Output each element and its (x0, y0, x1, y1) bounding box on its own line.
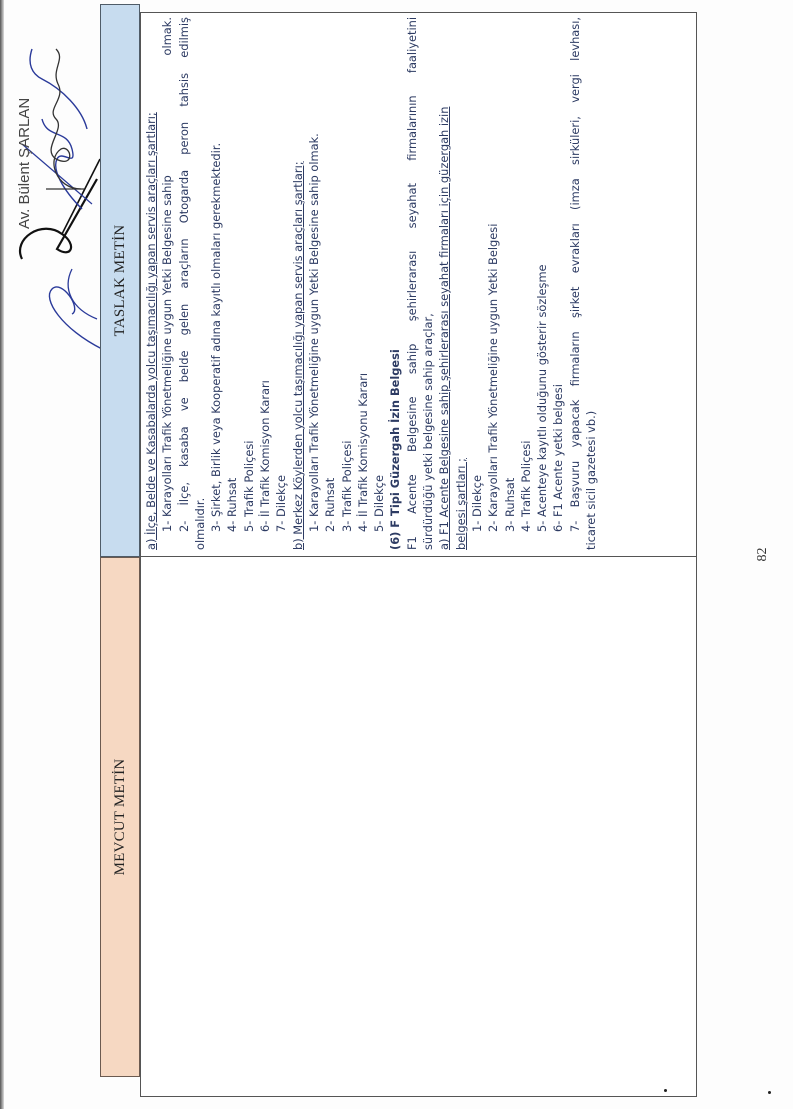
current-text-header: MEVCUT METİN (100, 557, 140, 1077)
current-text-cell (140, 557, 697, 1097)
a-item-4: 4- Ruhsat (224, 17, 240, 550)
section-f1-title-1: a) F1 Acente Belgesine sahip şehirlerara… (436, 17, 452, 550)
section-f1-title-2: belgesi şartları ; (453, 17, 469, 550)
a-item-5: 5- Trafik Poliçesi (241, 17, 257, 550)
b-item-1: 1- Karayolları Trafik Yönetmeliğine uygu… (306, 17, 322, 550)
f1-item-3: 3- Ruhsat (502, 17, 518, 550)
draft-text-content: a) İlçe, Belde ve Kasabalarda yolcu taşı… (143, 17, 599, 550)
f1-item-1: 1- Dilekçe (469, 17, 485, 550)
section-b-title: b) Merkez Köylerden yolcu taşımacılığı y… (290, 17, 306, 550)
stamp-signature (36, 19, 92, 199)
draft-text-header: TASLAK METİN (100, 4, 140, 557)
section-6-text-2: sürdürdüğü yetki belgesine sahip araçlar… (420, 17, 436, 550)
comparison-table: MEVCUT METİN TASLAK METİN a) İlçe, Belde… (100, 12, 697, 1097)
f1-item-2: 2- Karayolları Trafik Yönetmeliğine uygu… (485, 17, 501, 550)
rotated-page: Av. Bülent ŞARLAN MEVCUT METİN TASLAK ME… (0, 0, 793, 1109)
draft-text-cell: a) İlçe, Belde ve Kasabalarda yolcu taşı… (140, 12, 697, 557)
f1-item-7: 7- Başvuru yapacak firmaların şirket evr… (567, 17, 583, 550)
b-item-5: 5- Dilekçe (371, 17, 387, 550)
f1-item-6: 6- F1 Acente yetki belgesi (550, 17, 566, 550)
b-item-4: 4- İl Trafik Komisyonu Kararı (355, 17, 371, 550)
stamp-name: Av. Bülent ŞARLAN (16, 98, 33, 229)
b-item-3: 3- Trafik Poliçesi (339, 17, 355, 550)
scan-mark (768, 1091, 771, 1094)
lawyer-stamp: Av. Bülent ŞARLAN (12, 9, 92, 229)
f1-item-4: 4- Trafik Poliçesi (518, 17, 534, 550)
a-item-7: 7- Dilekçe (273, 17, 289, 550)
a-item-1-end: olmak. (159, 17, 175, 55)
a-item-1-text: 1- Karayolları Trafik Yönetmeliğine uygu… (159, 175, 175, 532)
scan-mark (664, 1089, 667, 1092)
current-text-header-label: MEVCUT METİN (112, 759, 129, 876)
section-a-title: a) İlçe, Belde ve Kasabalarda yolcu taşı… (143, 17, 159, 550)
a-item-1: 1- Karayolları Trafik Yönetmeliğine uygu… (159, 17, 175, 550)
f1-item-5: 5- Acenteye kayıtlı olduğunu gösterir sö… (534, 17, 550, 550)
section-6-text-1: F1 Acente Belgesine sahip şehirlerarası … (404, 17, 420, 550)
a-item-6: 6- İl Trafik Komisyon Kararı (257, 17, 273, 550)
f1-item-7-end: ticaret sicil gazetesi vb.) (583, 17, 599, 550)
section-6-title: (6) F Tipi Güzergah İzin Belgesi (387, 17, 403, 550)
a-item-3: 3- Şirket, Birlik veya Kooperatif adına … (208, 17, 224, 550)
a-item-2: 2- İlçe, kasaba ve belde gelen araçların… (176, 17, 192, 550)
page-number: 82 (755, 0, 771, 1109)
draft-text-header-label: TASLAK METİN (112, 225, 129, 337)
a-item-2-end: olmalıdır. (192, 17, 208, 550)
b-item-2: 2- Ruhsat (322, 17, 338, 550)
